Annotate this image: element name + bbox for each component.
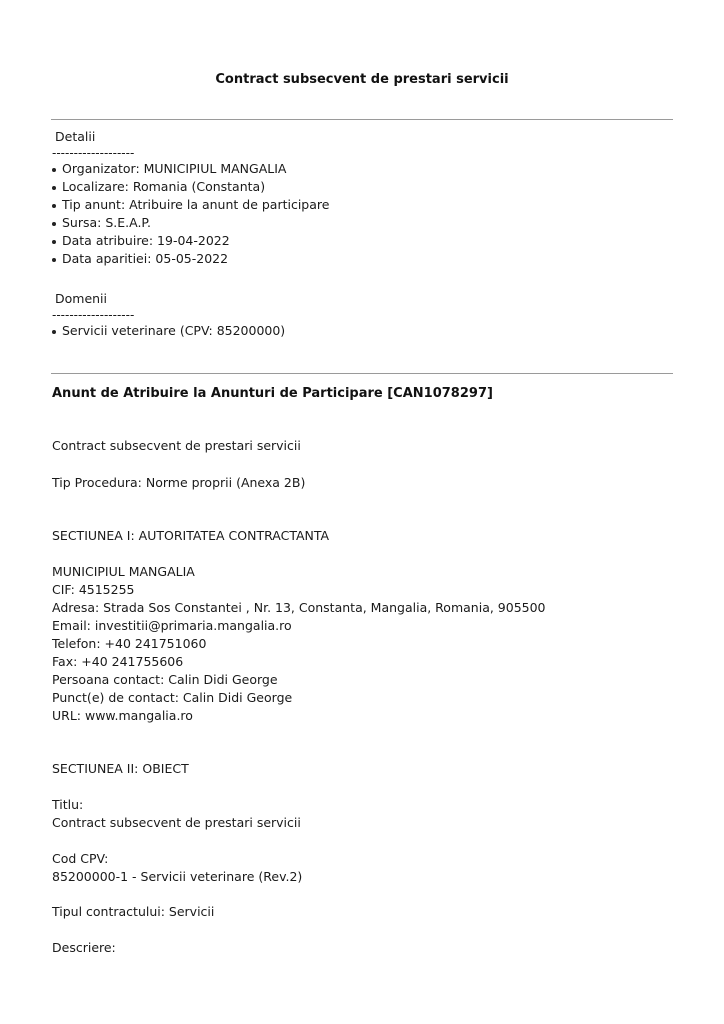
domains-section: Domenii ------------------- Servicii vet…: [52, 290, 285, 340]
cpv-field: Cod CPV: 85200000-1 - Servicii veterinar…: [52, 850, 302, 886]
authority-phone: Telefon: +40 241751060: [52, 635, 546, 653]
contact-person: Persoana contact: Calin Didi George: [52, 671, 546, 689]
title-field: Titlu: Contract subsecvent de prestari s…: [52, 796, 301, 832]
list-item: Sursa: S.E.A.P.: [52, 214, 329, 232]
contract-type: Tipul contractului: Servicii: [52, 903, 214, 921]
list-item: Localizare: Romania (Constanta): [52, 178, 329, 196]
list-item: Organizator: MUNICIPIUL MANGALIA: [52, 160, 329, 178]
details-section: Detalii ------------------- Organizator:…: [52, 128, 329, 268]
document-page: Contract subsecvent de prestari servicii…: [0, 0, 724, 1024]
section1-heading: SECTIUNEA I: AUTORITATEA CONTRACTANTA: [52, 527, 329, 545]
authority-fax: Fax: +40 241755606: [52, 653, 546, 671]
authority-email: Email: investitii@primaria.mangalia.ro: [52, 617, 546, 635]
details-list: Organizator: MUNICIPIUL MANGALIA Localiz…: [52, 160, 329, 268]
divider: [51, 373, 673, 374]
details-label: Detalii: [52, 128, 329, 146]
section2-heading: SECTIUNEA II: OBIECT: [52, 760, 189, 778]
document-title: Contract subsecvent de prestari servicii: [0, 72, 724, 87]
domains-list: Servicii veterinare (CPV: 85200000): [52, 322, 285, 340]
section1-body: MUNICIPIUL MANGALIA CIF: 4515255 Adresa:…: [52, 563, 546, 725]
details-separator: -------------------: [52, 146, 329, 160]
list-item: Servicii veterinare (CPV: 85200000): [52, 322, 285, 340]
domains-separator: -------------------: [52, 308, 285, 322]
divider: [51, 119, 673, 120]
authority-url: URL: www.mangalia.ro: [52, 707, 546, 725]
list-item: Data aparitiei: 05-05-2022: [52, 250, 329, 268]
list-item: Tip anunt: Atribuire la anunt de partici…: [52, 196, 329, 214]
domains-label: Domenii: [52, 290, 285, 308]
title-label: Titlu:: [52, 796, 301, 814]
authority-address: Adresa: Strada Sos Constantei , Nr. 13, …: [52, 599, 546, 617]
notice-title: Anunt de Atribuire la Anunturi de Partic…: [52, 386, 493, 401]
title-value: Contract subsecvent de prestari servicii: [52, 814, 301, 832]
authority-cif: CIF: 4515255: [52, 581, 546, 599]
procedure-type: Tip Procedura: Norme proprii (Anexa 2B): [52, 474, 305, 492]
list-item: Data atribuire: 19-04-2022: [52, 232, 329, 250]
authority-name: MUNICIPIUL MANGALIA: [52, 563, 546, 581]
description-label: Descriere:: [52, 939, 116, 957]
contact-points: Punct(e) de contact: Calin Didi George: [52, 689, 546, 707]
notice-subtitle: Contract subsecvent de prestari servicii: [52, 437, 301, 455]
cpv-label: Cod CPV:: [52, 850, 302, 868]
cpv-value: 85200000-1 - Servicii veterinare (Rev.2): [52, 868, 302, 886]
